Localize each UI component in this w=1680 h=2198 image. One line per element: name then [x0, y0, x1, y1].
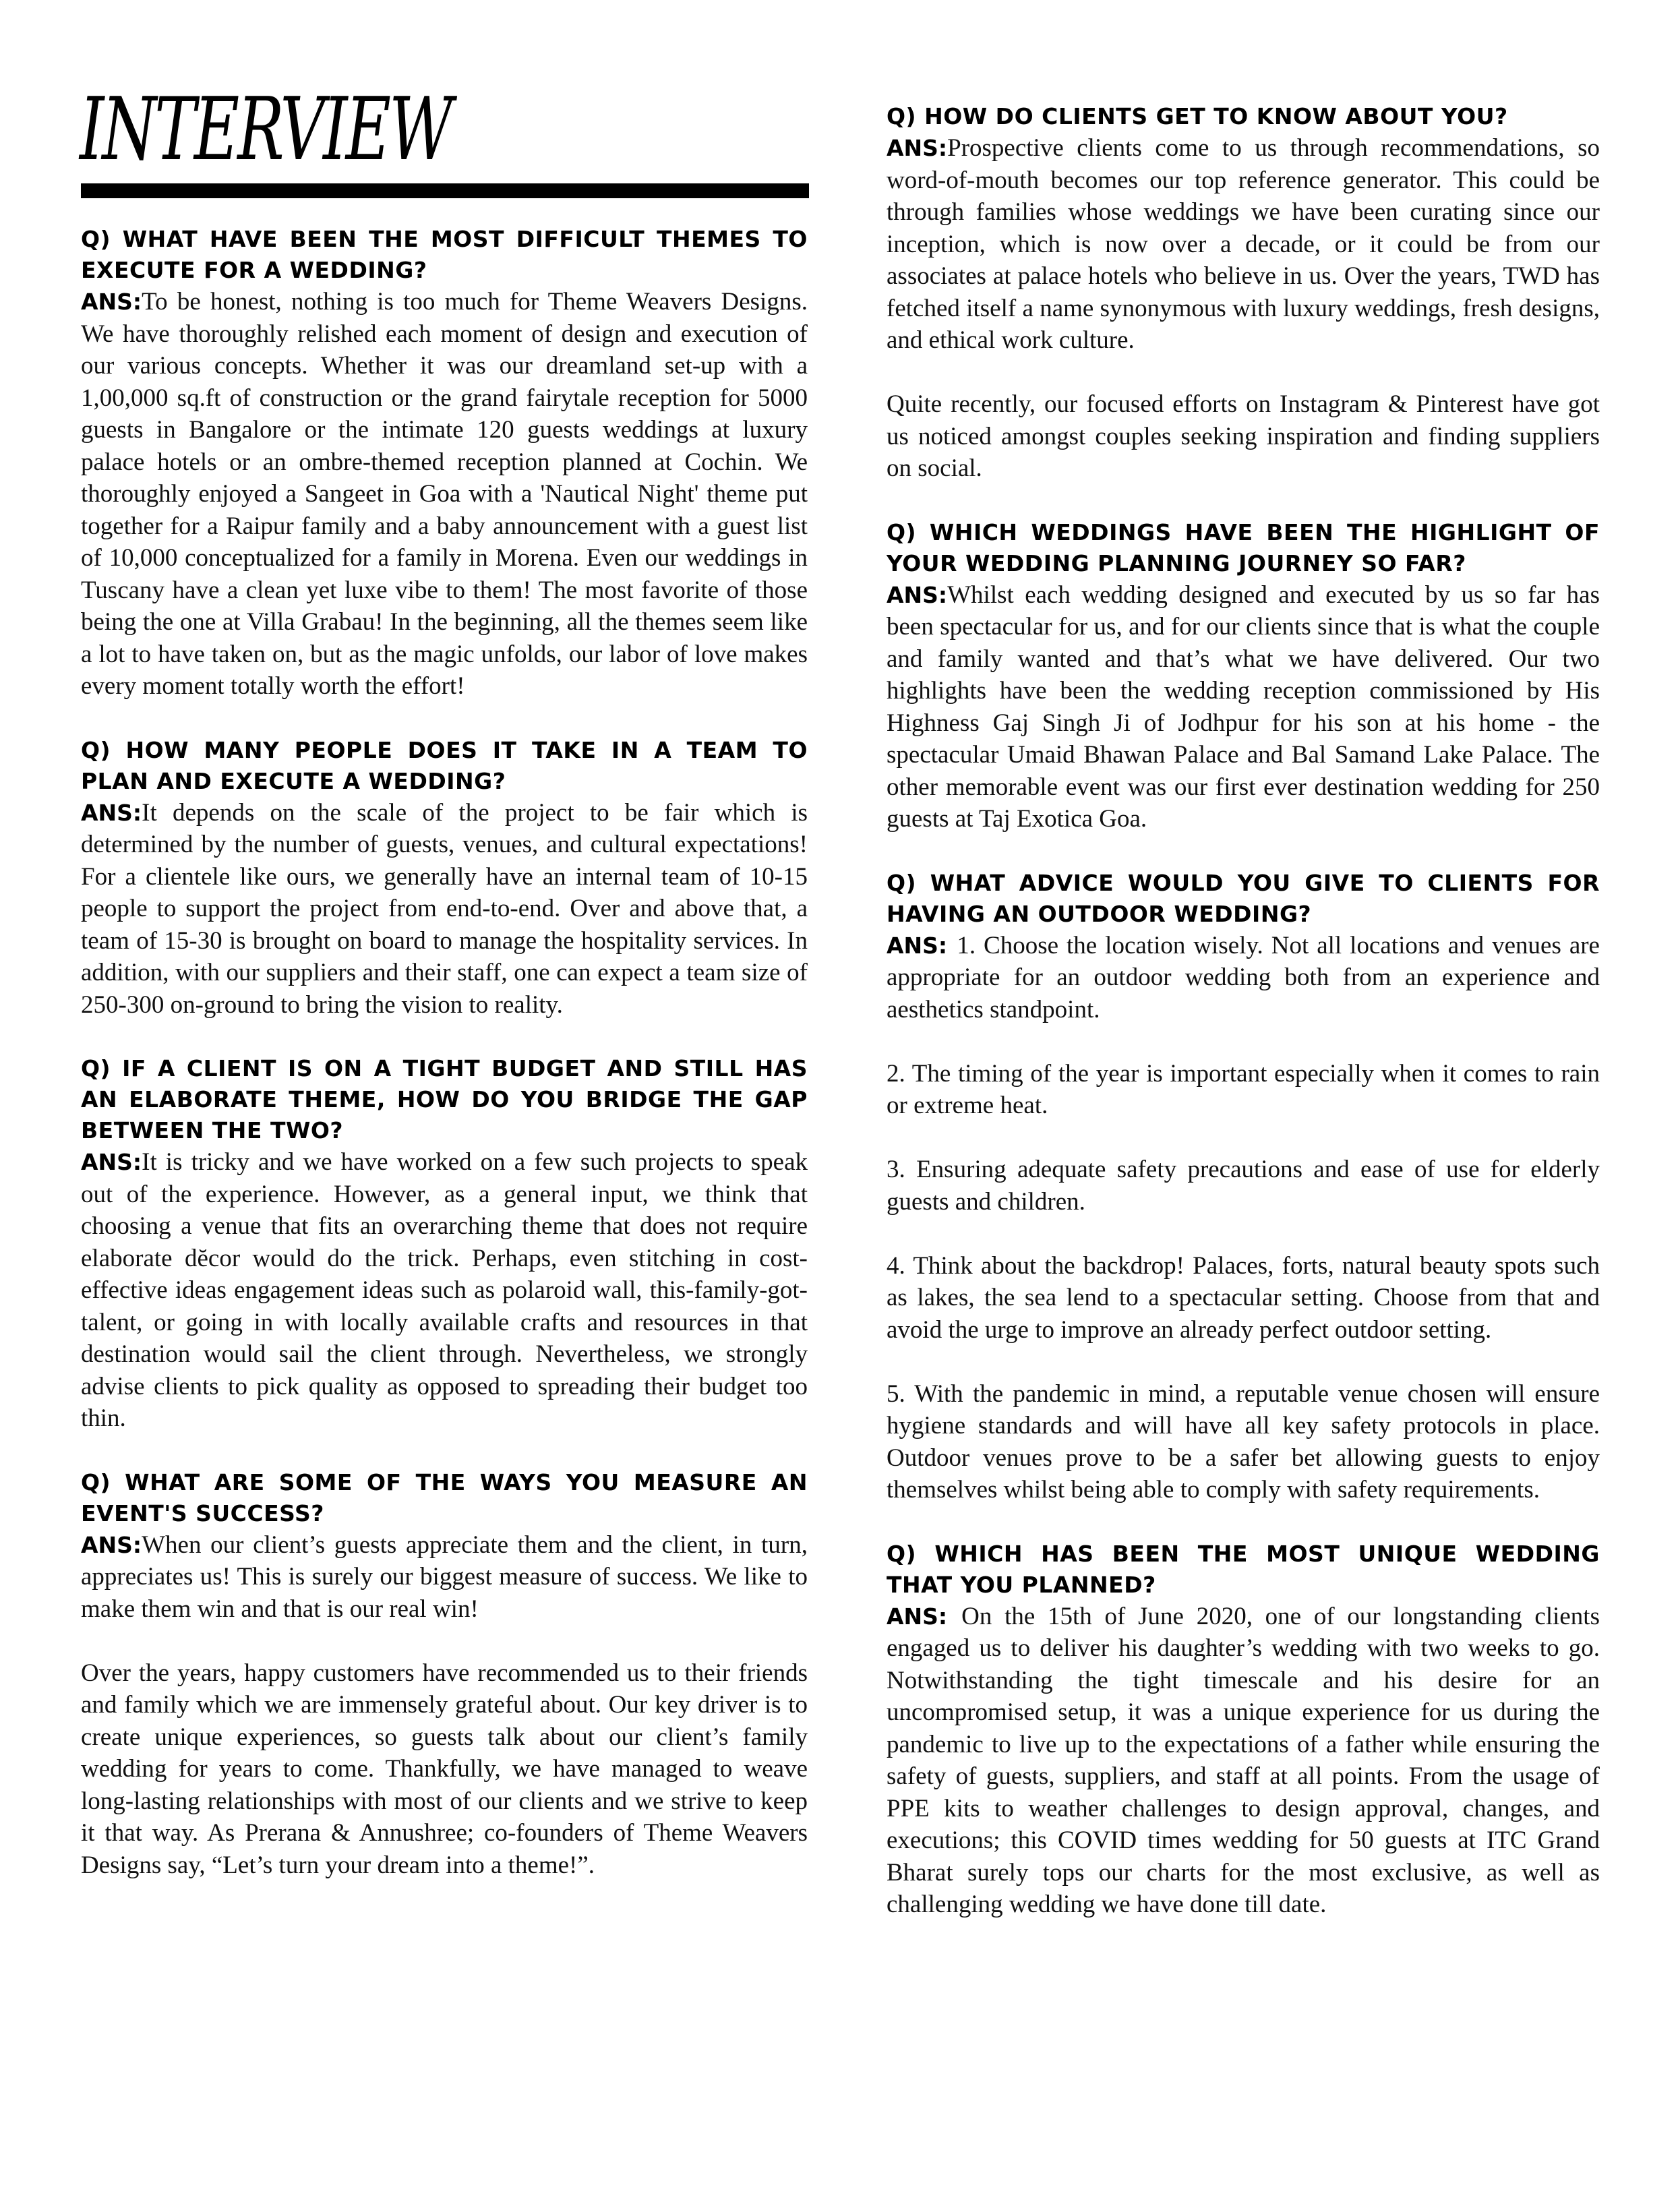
question-heading: Q) WHAT HAVE BEEN THE MOST DIFFICULT THE…: [81, 224, 808, 286]
answer-paragraph: 2. The timing of the year is important e…: [887, 1058, 1600, 1122]
answer-text: To be honest, nothing is too much for Th…: [81, 288, 808, 700]
answer-label: ANS:: [81, 1532, 142, 1558]
answer-paragraph: Quite recently, our focused efforts on I…: [887, 388, 1600, 485]
answer-label: ANS:: [81, 800, 142, 826]
question-heading: Q) IF A CLIENT IS ON A TIGHT BUDGET AND …: [81, 1053, 808, 1146]
answer-text: It depends on the scale of the project t…: [81, 799, 808, 1019]
answer-paragraph: ANS:To be honest, nothing is too much fo…: [81, 286, 808, 703]
answer-label: ANS:: [887, 932, 957, 959]
page-title: INTERVIEW: [80, 86, 451, 174]
left-column: Q) WHAT HAVE BEEN THE MOST DIFFICULT THE…: [81, 224, 808, 1913]
answer-label: ANS:: [887, 135, 947, 161]
question-heading: Q) HOW MANY PEOPLE DOES IT TAKE IN A TEA…: [81, 735, 808, 797]
right-column: Q) HOW DO CLIENTS GET TO KNOW ABOUT YOU?…: [887, 101, 1600, 1953]
answer-paragraph: ANS:When our client’s guests appreciate …: [81, 1529, 808, 1626]
answer-paragraph: 5. With the pandemic in mind, a reputabl…: [887, 1378, 1600, 1506]
answer-label: ANS:: [887, 1603, 961, 1630]
answer-paragraph: ANS: On the 15th of June 2020, one of ou…: [887, 1601, 1600, 1921]
answer-label: ANS:: [81, 289, 142, 315]
answer-text: Whilst each wedding designed and execute…: [887, 581, 1600, 833]
question-heading: Q) HOW DO CLIENTS GET TO KNOW ABOUT YOU?: [887, 101, 1600, 132]
question-heading: Q) WHAT ADVICE WOULD YOU GIVE TO CLIENTS…: [887, 868, 1600, 930]
qa-outdoor-wedding-advice: Q) WHAT ADVICE WOULD YOU GIVE TO CLIENTS…: [887, 868, 1600, 1506]
answer-label: ANS:: [81, 1149, 142, 1175]
answer-paragraph: 3. Ensuring adequate safety precautions …: [887, 1154, 1600, 1218]
title-divider: [81, 183, 809, 198]
question-heading: Q) WHAT ARE SOME OF THE WAYS YOU MEASURE…: [81, 1467, 808, 1529]
answer-paragraph: ANS:Whilst each wedding designed and exe…: [887, 579, 1600, 835]
answer-text: 1. Choose the location wisely. Not all l…: [887, 932, 1600, 1023]
qa-highlight-weddings: Q) WHICH WEDDINGS HAVE BEEN THE HIGHLIGH…: [887, 517, 1600, 835]
answer-label: ANS:: [887, 582, 947, 608]
question-heading: Q) WHICH WEDDINGS HAVE BEEN THE HIGHLIGH…: [887, 517, 1600, 579]
answer-paragraph: ANS:It is tricky and we have worked on a…: [81, 1146, 808, 1435]
answer-paragraph: ANS:Prospective clients come to us throu…: [887, 132, 1600, 357]
answer-paragraph: 4. Think about the backdrop! Palaces, fo…: [887, 1250, 1600, 1346]
question-heading: Q) WHICH HAS BEEN THE MOST UNIQUE WEDDIN…: [887, 1539, 1600, 1601]
answer-text: Prospective clients come to us through r…: [887, 134, 1600, 354]
answer-text: It is tricky and we have worked on a few…: [81, 1148, 808, 1432]
qa-difficult-themes: Q) WHAT HAVE BEEN THE MOST DIFFICULT THE…: [81, 224, 808, 703]
answer-paragraph: ANS: 1. Choose the location wisely. Not …: [887, 930, 1600, 1026]
qa-tight-budget: Q) IF A CLIENT IS ON A TIGHT BUDGET AND …: [81, 1053, 808, 1435]
answer-paragraph: ANS:It depends on the scale of the proje…: [81, 797, 808, 1021]
answer-text: On the 15th of June 2020, one of our lon…: [887, 1603, 1600, 1919]
answer-paragraph: Over the years, happy customers have rec…: [81, 1657, 808, 1882]
qa-measure-success: Q) WHAT ARE SOME OF THE WAYS YOU MEASURE…: [81, 1467, 808, 1882]
answer-text: When our client’s guests appreciate them…: [81, 1531, 808, 1623]
qa-clients-know-about-you: Q) HOW DO CLIENTS GET TO KNOW ABOUT YOU?…: [887, 101, 1600, 485]
qa-most-unique-wedding: Q) WHICH HAS BEEN THE MOST UNIQUE WEDDIN…: [887, 1539, 1600, 1921]
qa-team-size: Q) HOW MANY PEOPLE DOES IT TAKE IN A TEA…: [81, 735, 808, 1021]
